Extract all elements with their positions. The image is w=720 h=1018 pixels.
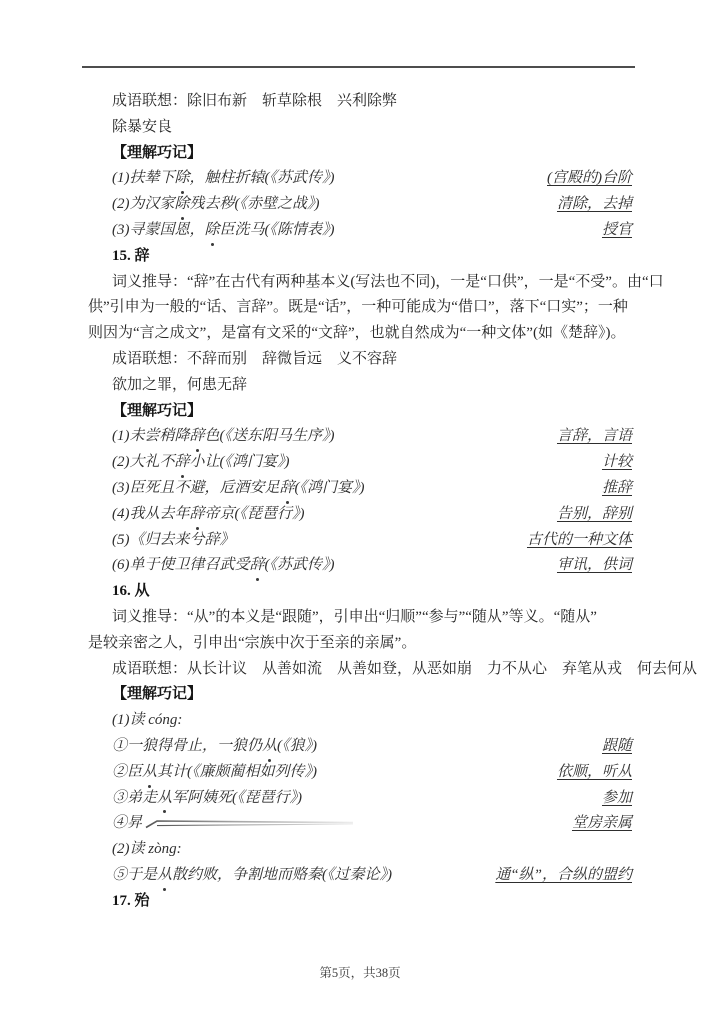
example-post: (《苏武传》) — [265, 557, 335, 573]
example-row: (2)大礼不辞小让(《鸿门宴》) 计较 — [88, 450, 632, 476]
example-row: ③弟走从军阿姨死(《琵琶行》) 参加 — [88, 786, 632, 812]
example-answer: 跟随 — [602, 734, 632, 760]
mnemonic-header: 【理解巧记】 — [88, 141, 632, 167]
example-pre: (3)臣死且不避，卮酒安足 — [112, 480, 280, 496]
example-post: 小让(《鸿门宴》) — [190, 454, 290, 470]
example-text: (1)扶辇下除，触柱折辕(《苏武传》) — [112, 166, 335, 192]
derivation-line: 则因为“言之成文”，是富有文采的“文辞”，也就自然成为“一种文体”(如《楚辞》)… — [88, 321, 632, 347]
example-row: (4)我从去年辞帝京(《琵琶行》) 告别，辞别 — [88, 502, 632, 528]
idiom-line: 成语联想：从长计议 从善如流 从善如登，从恶如崩 力不从心 弃笔从戎 何去何从 — [88, 657, 632, 683]
idiom-line: 成语联想：不辞而别 辞微旨远 义不容辞 — [88, 347, 632, 373]
example-row: ⑤于是从散约败，争割地而赂秦(《过秦论》) 通“纵”，合纵的盟约 — [88, 863, 632, 889]
example-text: ③弟走从军阿姨死(《琵琶行》) — [112, 786, 302, 812]
example-text: (1)未尝稍降辞色(《送东阳马生序》) — [112, 424, 335, 450]
example-text: ④昇 — [112, 811, 356, 837]
derivation-line: 词义推导：“从”的本义是“跟随”，引申出“归顺”“参与”“随从”等义。“随从” — [88, 605, 632, 631]
derivation-line: 词义推导：“辞”在古代有两种基本义(写法也不同)，一是“口供”，一是“不受”。由… — [88, 270, 632, 296]
example-row: (3)臣死且不避，卮酒安足辞(《鸿门宴》) 推辞 — [88, 476, 632, 502]
example-row: (6)单于使卫律召武受辞(《苏武传》) 审讯，供词 — [88, 553, 632, 579]
example-text: (2)为汉家除残去秽(《赤壁之战》) — [112, 192, 320, 218]
example-text: (3)臣死且不避，卮酒安足辞(《鸿门宴》) — [112, 476, 365, 502]
example-pre: (6)单于使卫律召武受 — [112, 557, 250, 573]
example-answer: 授官 — [602, 218, 632, 244]
smear-artifact — [144, 819, 356, 829]
emphasized-char: 从 — [142, 760, 157, 786]
example-post: (《鸿门宴》) — [295, 480, 365, 496]
example-pre: ⑤于是 — [112, 867, 157, 883]
example-answer: 告别，辞别 — [557, 502, 632, 528]
example-row: ②臣从其计(《廉颇蔺相如列传》) 依顺，听从 — [88, 760, 632, 786]
example-pre: (1)未尝稍降 — [112, 428, 190, 444]
emphasized-char: 除 — [175, 192, 190, 218]
example-answer: 言辞，言语 — [557, 424, 632, 450]
example-text: (4)我从去年辞帝京(《琵琶行》) — [112, 502, 305, 528]
example-text: (3)寻蒙国恩，除臣洗马(《陈情表》) — [112, 218, 335, 244]
example-row: (3)寻蒙国恩，除臣洗马(《陈情表》) 授官 — [88, 218, 632, 244]
example-pre: (2)大礼不 — [112, 454, 175, 470]
example-pre: ①一狼得骨止，一狼仍 — [112, 738, 262, 754]
reading-label-zong: (2)读 zòng: — [88, 837, 632, 863]
section-heading-15: 15. 辞 — [88, 244, 632, 270]
idiom-line-wrap: 欲加之罪，何患无辞 — [88, 373, 632, 399]
example-text: (5)《归去来兮辞》 — [112, 528, 235, 554]
example-post: 残去秽(《赤壁之战》) — [190, 196, 320, 212]
document-page: 成语联想：除旧布新 斩草除根 兴利除弊 除暴安良 【理解巧记】 (1)扶辇下除，… — [0, 0, 720, 1018]
example-pre: (5)《归去来兮辞》 — [112, 532, 235, 548]
emphasized-char: 辞 — [190, 502, 205, 528]
emphasized-char: 除 — [175, 166, 190, 192]
example-answer: 计较 — [602, 450, 632, 476]
idiom-line-wrap: 除暴安良 — [88, 115, 632, 141]
example-pre: (1)扶辇下 — [112, 170, 175, 186]
header-rule — [82, 66, 635, 68]
example-post: 军阿姨死(《琵琶行》) — [172, 790, 302, 806]
section-heading-17: 17. 殆 — [88, 889, 632, 915]
example-text: (2)大礼不辞小让(《鸿门宴》) — [112, 450, 290, 476]
example-post: 臣洗马(《陈情表》) — [220, 222, 335, 238]
page-content: 成语联想：除旧布新 斩草除根 兴利除弊 除暴安良 【理解巧记】 (1)扶辇下除，… — [88, 89, 632, 915]
example-answer: 推辞 — [602, 476, 632, 502]
example-row-smeared: ④昇 堂房亲属 — [88, 811, 632, 837]
mnemonic-header: 【理解巧记】 — [88, 399, 632, 425]
emphasized-char: 从 — [157, 786, 172, 812]
example-answer: 堂房亲属 — [572, 811, 632, 837]
example-post: 色(《送东阳马生序》) — [205, 428, 335, 444]
example-row: (1)未尝稍降辞色(《送东阳马生序》) 言辞，言语 — [88, 424, 632, 450]
example-pre: ④昇 — [112, 815, 142, 831]
example-post: ，触柱折辕(《苏武传》) — [190, 170, 335, 186]
example-answer: (宫殿的)台阶 — [547, 166, 632, 192]
example-pre: ③弟走 — [112, 790, 157, 806]
example-row: (2)为汉家除残去秽(《赤壁之战》) 清除，去掉 — [88, 192, 632, 218]
example-answer: 清除，去掉 — [557, 192, 632, 218]
idiom-line: 成语联想：除旧布新 斩草除根 兴利除弊 — [88, 89, 632, 115]
example-row: (5)《归去来兮辞》 古代的一种文体 — [88, 528, 632, 554]
example-pre: (2)为汉家 — [112, 196, 175, 212]
derivation-line: 是较亲密之人，引申出“宗族中次于至亲的亲属”。 — [88, 631, 632, 657]
example-answer: 审讯，供词 — [557, 553, 632, 579]
example-answer: 古代的一种文体 — [527, 528, 632, 554]
example-answer: 通“纵”，合纵的盟约 — [495, 863, 632, 889]
example-pre: ②臣 — [112, 764, 142, 780]
example-post: (《狼》) — [277, 738, 317, 754]
example-text: ②臣从其计(《廉颇蔺相如列传》) — [112, 760, 317, 786]
derivation-line: 供”引申为一般的“话、言辞”。既是“话”，一种可能成为“借口”，落下“口实”；一… — [88, 295, 632, 321]
example-post: 帝京(《琵琶行》) — [205, 506, 305, 522]
example-text: ⑤于是从散约败，争割地而赂秦(《过秦论》) — [112, 863, 392, 889]
example-pre: (4)我从去年 — [112, 506, 190, 522]
section-heading-16: 16. 从 — [88, 579, 632, 605]
example-answer: 依顺，听从 — [557, 760, 632, 786]
emphasized-char: 除 — [205, 218, 220, 244]
example-row: ①一狼得骨止，一狼仍从(《狼》) 跟随 — [88, 734, 632, 760]
example-text: ①一狼得骨止，一狼仍从(《狼》) — [112, 734, 317, 760]
emphasized-char: 辞 — [175, 450, 190, 476]
emphasized-char: 从 — [262, 734, 277, 760]
example-post: 散约败，争割地而赂秦(《过秦论》) — [172, 867, 392, 883]
example-text: (6)单于使卫律召武受辞(《苏武传》) — [112, 553, 335, 579]
emphasized-char: 从 — [157, 863, 172, 889]
emphasized-char: 辞 — [280, 476, 295, 502]
example-answer: 参加 — [602, 786, 632, 812]
emphasized-char: 辞 — [250, 553, 265, 579]
example-pre: (3)寻蒙国恩， — [112, 222, 205, 238]
example-row: (1)扶辇下除，触柱折辕(《苏武传》) (宫殿的)台阶 — [88, 166, 632, 192]
example-post: 其计(《廉颇蔺相如列传》) — [157, 764, 317, 780]
page-footer: 第5页，共38页 — [0, 963, 720, 981]
emphasized-char: 辞 — [190, 424, 205, 450]
mnemonic-header: 【理解巧记】 — [88, 682, 632, 708]
reading-label-cong: (1)读 cóng: — [88, 708, 632, 734]
